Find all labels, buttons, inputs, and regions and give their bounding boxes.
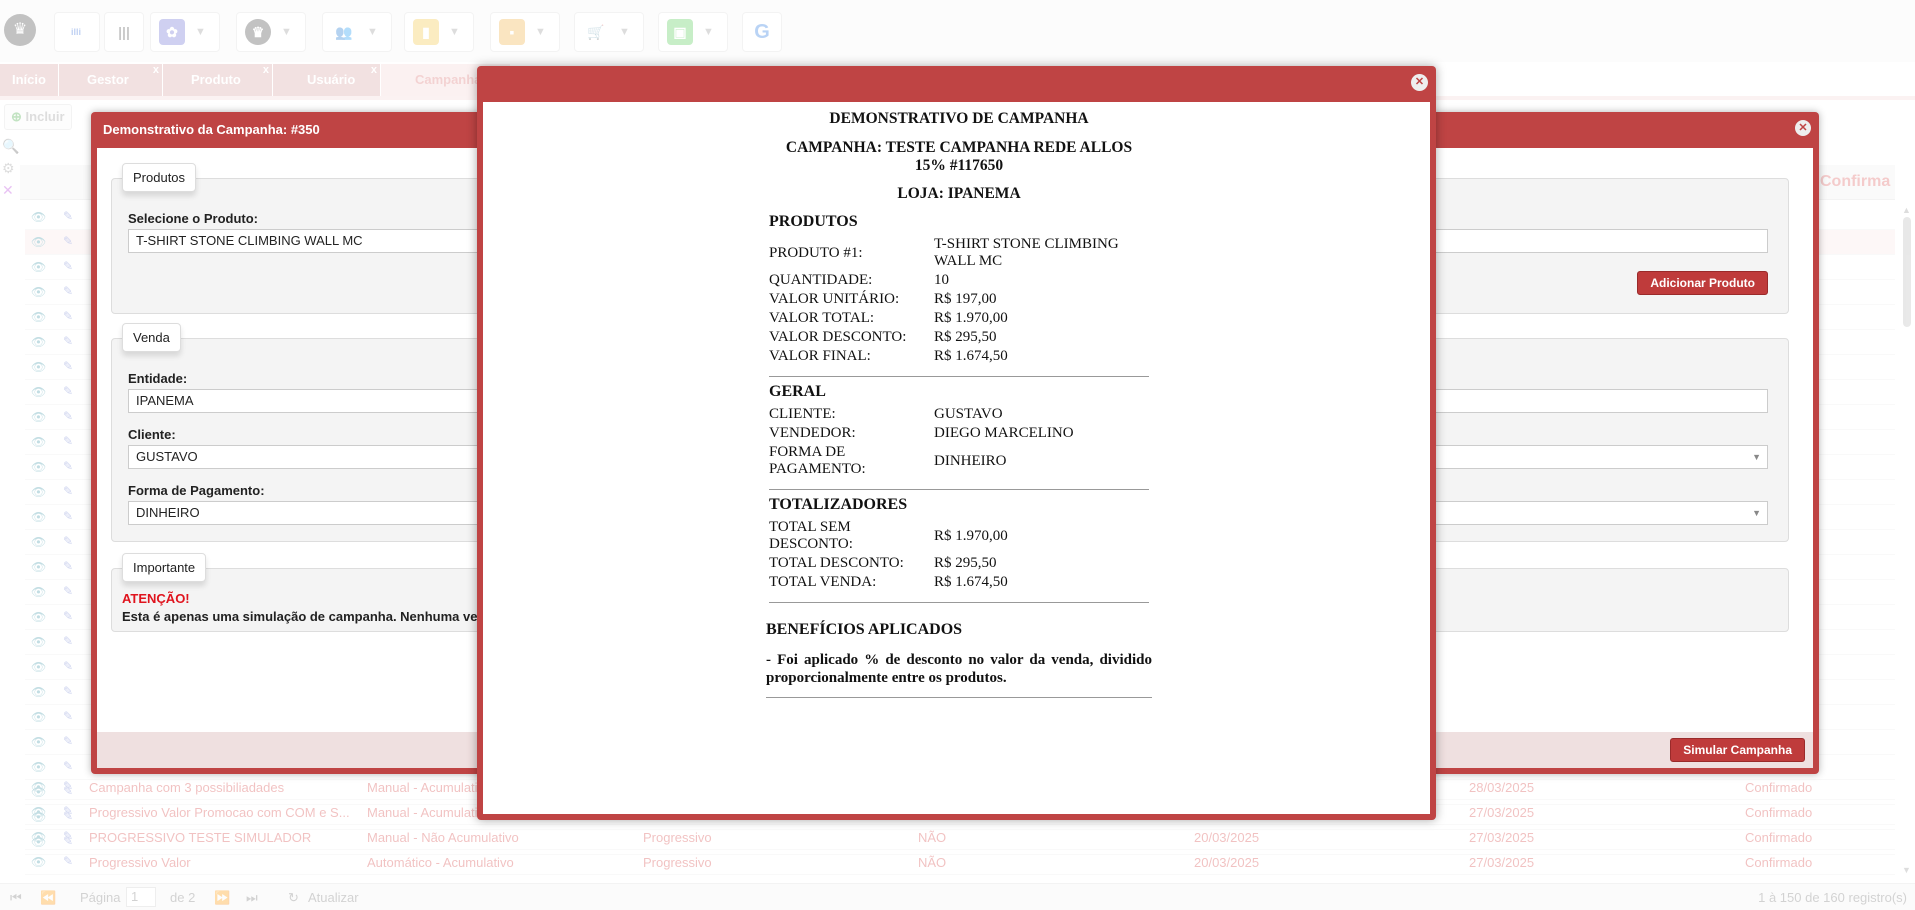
page-count: de 2 (170, 890, 195, 905)
tab-gestor[interactable]: Gestorx (59, 64, 163, 96)
eye-icon[interactable]: 👁 (31, 510, 46, 524)
plus-icon: ⊕ (11, 109, 22, 124)
edit-icon[interactable]: ✎ (63, 284, 73, 298)
pager: ⏮ ⏪ Página 1 de 2 ⏩ ⏭ ↻ Atualizar 1 à 15… (0, 883, 1915, 910)
prev-page-icon[interactable]: ⏪ (40, 890, 56, 906)
divider (766, 697, 1152, 698)
refresh-icon[interactable]: ↻ (288, 890, 299, 906)
receipt-row: TOTAL DESCONTO:R$ 295,50 (769, 554, 1149, 573)
close-icon[interactable]: ✕ (2, 182, 20, 204)
receipt-row: CLIENTE:GUSTAVO (769, 405, 1149, 424)
receipt-value: R$ 1.970,00 (934, 518, 1149, 554)
receipt-label: CLIENTE: (769, 405, 934, 424)
produtos-table: PRODUTO #1:T-SHIRT STONE CLIMBING WALL M… (769, 235, 1149, 366)
table-row[interactable]: 👁✎PROGRESSIVO TESTE SIMULADORManual - Nã… (25, 825, 1895, 850)
column-header-confirmado[interactable]: Confirma (1820, 173, 1890, 191)
eye-icon[interactable]: 👁 (31, 335, 46, 349)
crown-icon[interactable]: ♛ (4, 14, 36, 46)
receipt-label: QUANTIDADE: (769, 271, 934, 290)
hands-box-icon: ▣ (667, 19, 693, 45)
illi-store-button[interactable]: illi (54, 12, 100, 52)
receipt-row: QUANTIDADE:10 (769, 271, 1149, 290)
eye-icon[interactable]: 👁 (31, 210, 46, 224)
receipt-value: R$ 1.970,00 (934, 309, 1149, 328)
attention-text: Esta é apenas uma simulação de campanha.… (122, 609, 477, 624)
receipt-value: R$ 295,50 (934, 554, 1149, 573)
eye-icon[interactable]: 👁 (31, 685, 46, 699)
receipt-label: VALOR DESCONTO: (769, 328, 934, 347)
divider (769, 489, 1149, 490)
eye-icon[interactable]: 👁 (31, 310, 46, 324)
tab-bar: Início Gestorx Produtox Usuáriox Campanh… (0, 62, 511, 98)
edit-icon[interactable]: ✎ (63, 684, 73, 698)
settings-button[interactable]: ✿▼ (150, 12, 220, 52)
receipt-store: LOJA: IPANEMA (769, 185, 1149, 203)
receipt-value: GUSTAVO (934, 405, 1149, 424)
receipt-value: DINHEIRO (934, 443, 1149, 479)
chevron-down-icon: ▼ (703, 26, 714, 38)
chevron-down-icon[interactable]: ▼ (1752, 446, 1761, 468)
chart-coins-icon: ▮ (413, 19, 439, 45)
eye-icon[interactable]: 👁 (31, 660, 46, 674)
last-page-icon[interactable]: ⏭ (246, 890, 258, 906)
top-toolbar: ♛ illi ||| ✿▼ ♛▼ 👥▼ ▮▼ ▪▼ 🛒▼ ▣▼ G (0, 0, 1915, 62)
eye-icon[interactable]: 👁 (31, 635, 46, 649)
close-icon[interactable]: ✕ (1795, 120, 1811, 136)
close-icon[interactable]: x (153, 54, 159, 86)
close-icon[interactable]: x (371, 54, 377, 86)
produtos-legend: Produtos (122, 163, 196, 192)
eye-icon[interactable]: 👁 (31, 830, 46, 844)
chevron-down-icon: ▼ (619, 26, 630, 38)
add-product-button[interactable]: Adicionar Produto (1637, 271, 1768, 295)
gear-icon: ✿ (159, 19, 185, 45)
receipt-value: R$ 1.674,50 (934, 347, 1149, 366)
eye-icon[interactable]: 👁 (31, 710, 46, 724)
edit-icon[interactable]: ✎ (63, 559, 73, 573)
eye-icon[interactable]: 👁 (31, 435, 46, 449)
edit-icon[interactable]: ✎ (63, 534, 73, 548)
receipt-label: TOTAL SEM DESCONTO: (769, 518, 934, 554)
attention-title: ATENÇÃO! (122, 591, 190, 606)
receipt-row: VALOR UNITÁRIO:R$ 197,00 (769, 290, 1149, 309)
geral-section-title: GERAL (769, 383, 1149, 401)
receipt-value: R$ 1.674,50 (934, 573, 1149, 592)
eye-icon[interactable]: 👁 (31, 760, 46, 774)
cell-tipo: Automático - Acumulativo (367, 855, 514, 870)
eye-icon[interactable]: 👁 (31, 805, 46, 819)
receipt: DEMONSTRATIVO DE CAMPANHA CAMPANHA: TEST… (769, 110, 1149, 704)
eye-icon[interactable]: 👁 (31, 460, 46, 474)
box-icon: ▪ (499, 19, 525, 45)
cliente-value: GUSTAVO (136, 449, 198, 464)
eye-icon[interactable]: 👁 (31, 535, 46, 549)
edit-icon[interactable]: ✎ (63, 259, 73, 273)
receipt-campaign: CAMPANHA: TESTE CAMPANHA REDE ALLOS 15% … (769, 139, 1149, 175)
include-button[interactable]: ⊕ Incluir (4, 104, 72, 130)
box-button[interactable]: ▪▼ (490, 12, 560, 52)
reports-button[interactable]: ▮▼ (404, 12, 474, 52)
edit-icon[interactable]: ✎ (63, 234, 73, 248)
tab-label: Início (12, 72, 46, 87)
users-icon: 👥 (331, 19, 357, 45)
tab-produto[interactable]: Produtox (163, 64, 273, 96)
google-button[interactable]: G (742, 12, 782, 52)
receipt-row: VENDEDOR:DIEGO MARCELINO (769, 424, 1149, 443)
receipt-label: VALOR UNITÁRIO: (769, 290, 934, 309)
entidade-label: Entidade: (128, 371, 187, 386)
eye-icon[interactable]: 👁 (31, 855, 46, 869)
cell-name: Progressivo Valor Promocao com COM e S..… (89, 805, 350, 820)
receipt-title: DEMONSTRATIVO DE CAMPANHA (769, 110, 1149, 128)
vertical-scrollbar[interactable]: ▲ ▼ (1902, 205, 1912, 875)
receipt-row: VALOR FINAL:R$ 1.674,50 (769, 347, 1149, 366)
page-label: Página (80, 890, 120, 905)
edit-icon[interactable]: ✎ (63, 459, 73, 473)
receipt-label: VENDEDOR: (769, 424, 934, 443)
chevron-down-icon: ▼ (195, 26, 206, 38)
entidade-value: IPANEMA (136, 393, 194, 408)
illi-store-icon: illi (63, 19, 89, 45)
crown-menu-button[interactable]: ♛▼ (236, 12, 306, 52)
receipt-value: R$ 197,00 (934, 290, 1149, 309)
eye-icon[interactable]: 👁 (31, 360, 46, 374)
venda-legend: Venda (122, 323, 181, 352)
chevron-down-icon: ▼ (367, 26, 378, 38)
produtos-section-title: PRODUTOS (769, 213, 1149, 231)
pagamento-label: Forma de Pagamento: (128, 483, 265, 498)
refresh-button[interactable]: Atualizar (308, 890, 359, 905)
edit-icon[interactable]: ✎ (63, 829, 73, 843)
cell-modalidade: Progressivo (643, 830, 712, 845)
eye-icon[interactable]: 👁 (31, 735, 46, 749)
scroll-down-icon[interactable]: ▼ (1902, 865, 1911, 875)
eye-icon[interactable]: 👁 (31, 260, 46, 274)
divider (769, 376, 1149, 377)
google-g-icon: G (751, 19, 773, 45)
importante-legend: Importante (122, 553, 206, 582)
eye-icon[interactable]: 👁 (31, 560, 46, 574)
divider (769, 602, 1149, 603)
cell-flag: NÃO (918, 855, 946, 870)
cart-button[interactable]: 🛒▼ (574, 12, 644, 52)
tab-label: Campanha (415, 72, 481, 87)
edit-icon[interactable]: ✎ (63, 334, 73, 348)
chevron-down-icon: ▼ (281, 26, 292, 38)
edit-icon[interactable]: ✎ (63, 409, 73, 423)
receipt-label: TOTAL VENDA: (769, 573, 934, 592)
tab-inicio[interactable]: Início (0, 64, 59, 96)
edit-icon[interactable]: ✎ (63, 209, 73, 223)
edit-icon[interactable]: ✎ (63, 584, 73, 598)
edit-icon[interactable]: ✎ (63, 359, 73, 373)
gear-icon[interactable]: ⚙ (2, 160, 20, 182)
edit-icon[interactable]: ✎ (63, 759, 73, 773)
cart-icon: 🛒 (583, 19, 609, 45)
cell-status: Confirmado (1745, 855, 1812, 870)
receipt-row: TOTAL VENDA:R$ 1.674,50 (769, 573, 1149, 592)
receipt-row: PRODUTO #1:T-SHIRT STONE CLIMBING WALL M… (769, 235, 1149, 271)
chevron-down-icon: ▼ (449, 26, 460, 38)
cell-tipo: Manual - Não Acumulativo (367, 830, 519, 845)
cell-tipo: Manual - Acumulativo (367, 805, 491, 820)
totalizadores-section-title: TOTALIZADORES (769, 496, 1149, 514)
receipt-value: DIEGO MARCELINO (934, 424, 1149, 443)
edit-icon[interactable]: ✎ (63, 709, 73, 723)
receipt-label: PRODUTO #1: (769, 235, 934, 271)
receipt-row: VALOR DESCONTO:R$ 295,50 (769, 328, 1149, 347)
edit-icon[interactable]: ✎ (63, 659, 73, 673)
close-icon[interactable]: x (263, 54, 269, 86)
eye-icon[interactable]: 👁 (31, 485, 46, 499)
chevron-down-icon: ▼ (535, 26, 546, 38)
cell-inicio: 20/03/2025 (1194, 830, 1259, 845)
geral-table: CLIENTE:GUSTAVOVENDEDOR:DIEGO MARCELINOF… (769, 405, 1149, 479)
cell-name: PROGRESSIVO TESTE SIMULADOR (89, 830, 311, 845)
cell-status: Confirmado (1745, 805, 1812, 820)
receipt-value: T-SHIRT STONE CLIMBING WALL MC (934, 235, 1149, 271)
tab-label: Gestor (87, 72, 129, 87)
pagamento-value: DINHEIRO (136, 505, 200, 520)
scroll-up-icon[interactable]: ▲ (1902, 205, 1911, 215)
edit-icon[interactable]: ✎ (63, 309, 73, 323)
receipt-row: TOTAL SEM DESCONTO:R$ 1.970,00 (769, 518, 1149, 554)
receipt-label: VALOR FINAL: (769, 347, 934, 366)
delivery-button[interactable]: ▣▼ (658, 12, 728, 52)
eye-icon[interactable]: 👁 (31, 410, 46, 424)
cell-status: Confirmado (1745, 830, 1812, 845)
receipt-row: FORMA DE PAGAMENTO:DINHEIRO (769, 443, 1149, 479)
edit-icon[interactable]: ✎ (63, 509, 73, 523)
edit-icon[interactable]: ✎ (63, 484, 73, 498)
edit-icon[interactable]: ✎ (63, 384, 73, 398)
chevron-down-icon[interactable]: ▼ (1752, 502, 1761, 524)
edit-icon[interactable]: ✎ (63, 434, 73, 448)
grid-side-tools: 🔍 ⚙ ✕ (2, 138, 20, 204)
boleto-button[interactable]: ||| (104, 12, 144, 52)
cell-status: Confirmado (1745, 780, 1812, 795)
edit-icon[interactable]: ✎ (63, 779, 73, 793)
edit-icon[interactable]: ✎ (63, 804, 73, 818)
modal-title: Demonstrativo da Campanha: #350 (103, 122, 320, 137)
eye-icon[interactable]: 👁 (31, 585, 46, 599)
receipt-value: R$ 295,50 (934, 328, 1149, 347)
tab-label: Usuário (307, 72, 355, 87)
receipt-label: TOTAL DESCONTO: (769, 554, 934, 573)
edit-icon[interactable]: ✎ (63, 854, 73, 868)
totalizadores-table: TOTAL SEM DESCONTO:R$ 1.970,00TOTAL DESC… (769, 518, 1149, 592)
receipt-label: VALOR TOTAL: (769, 309, 934, 328)
cell-modalidade: Progressivo (643, 855, 712, 870)
edit-icon[interactable]: ✎ (63, 634, 73, 648)
campaign-receipt-modal: ✕ DEMONSTRATIVO DE CAMPANHA CAMPANHA: TE… (477, 66, 1436, 820)
include-label: Incluir (26, 109, 65, 124)
receipt-value: 10 (934, 271, 1149, 290)
table-row[interactable]: 👁✎Progressivo ValorAutomático - Acumulat… (25, 850, 1895, 875)
beneficios-text: - Foi aplicado % de desconto no valor da… (766, 651, 1152, 687)
eye-icon[interactable]: 👁 (31, 285, 46, 299)
records-count: 1 à 150 de 160 registro(s) (1758, 890, 1907, 905)
eye-icon[interactable]: 👁 (31, 610, 46, 624)
users-button[interactable]: 👥▼ (322, 12, 392, 52)
cell-fim: 27/03/2025 (1469, 805, 1534, 820)
cell-name: Progressivo Valor (89, 855, 191, 870)
tab-label: Produto (191, 72, 241, 87)
eye-icon[interactable]: 👁 (31, 780, 46, 794)
eye-icon[interactable]: 👁 (31, 235, 46, 249)
first-page-icon[interactable]: ⏮ (10, 890, 22, 906)
search-icon[interactable]: 🔍 (2, 138, 20, 160)
cell-fim: 28/03/2025 (1469, 780, 1534, 795)
next-page-icon[interactable]: ⏩ (214, 890, 230, 906)
close-icon[interactable]: ✕ (1411, 74, 1428, 91)
produto-label: Selecione o Produto: (128, 211, 258, 226)
cell-name: Campanha com 3 possibiliadades (89, 780, 284, 795)
cell-tipo: Manual - Acumulativo (367, 780, 491, 795)
cell-inicio: 20/03/2025 (1194, 855, 1259, 870)
crown-icon: ♛ (245, 19, 271, 45)
barcode-icon: ||| (113, 19, 135, 45)
simulate-campaign-button[interactable]: Simular Campanha (1670, 738, 1805, 762)
edit-icon[interactable]: ✎ (63, 734, 73, 748)
page-input[interactable]: 1 (126, 887, 156, 907)
eye-icon[interactable]: 👁 (31, 385, 46, 399)
scroll-thumb[interactable] (1903, 217, 1911, 327)
cell-fim: 27/03/2025 (1469, 830, 1534, 845)
cliente-label: Cliente: (128, 427, 176, 442)
receipt-body: DEMONSTRATIVO DE CAMPANHA CAMPANHA: TEST… (483, 102, 1430, 814)
receipt-label: FORMA DE PAGAMENTO: (769, 443, 934, 479)
cell-fim: 27/03/2025 (1469, 855, 1534, 870)
cell-flag: NÃO (918, 830, 946, 845)
edit-icon[interactable]: ✎ (63, 609, 73, 623)
beneficios-section-title: BENEFÍCIOS APLICADOS (766, 621, 1149, 639)
receipt-row: VALOR TOTAL:R$ 1.970,00 (769, 309, 1149, 328)
tab-usuario[interactable]: Usuáriox (273, 64, 381, 96)
